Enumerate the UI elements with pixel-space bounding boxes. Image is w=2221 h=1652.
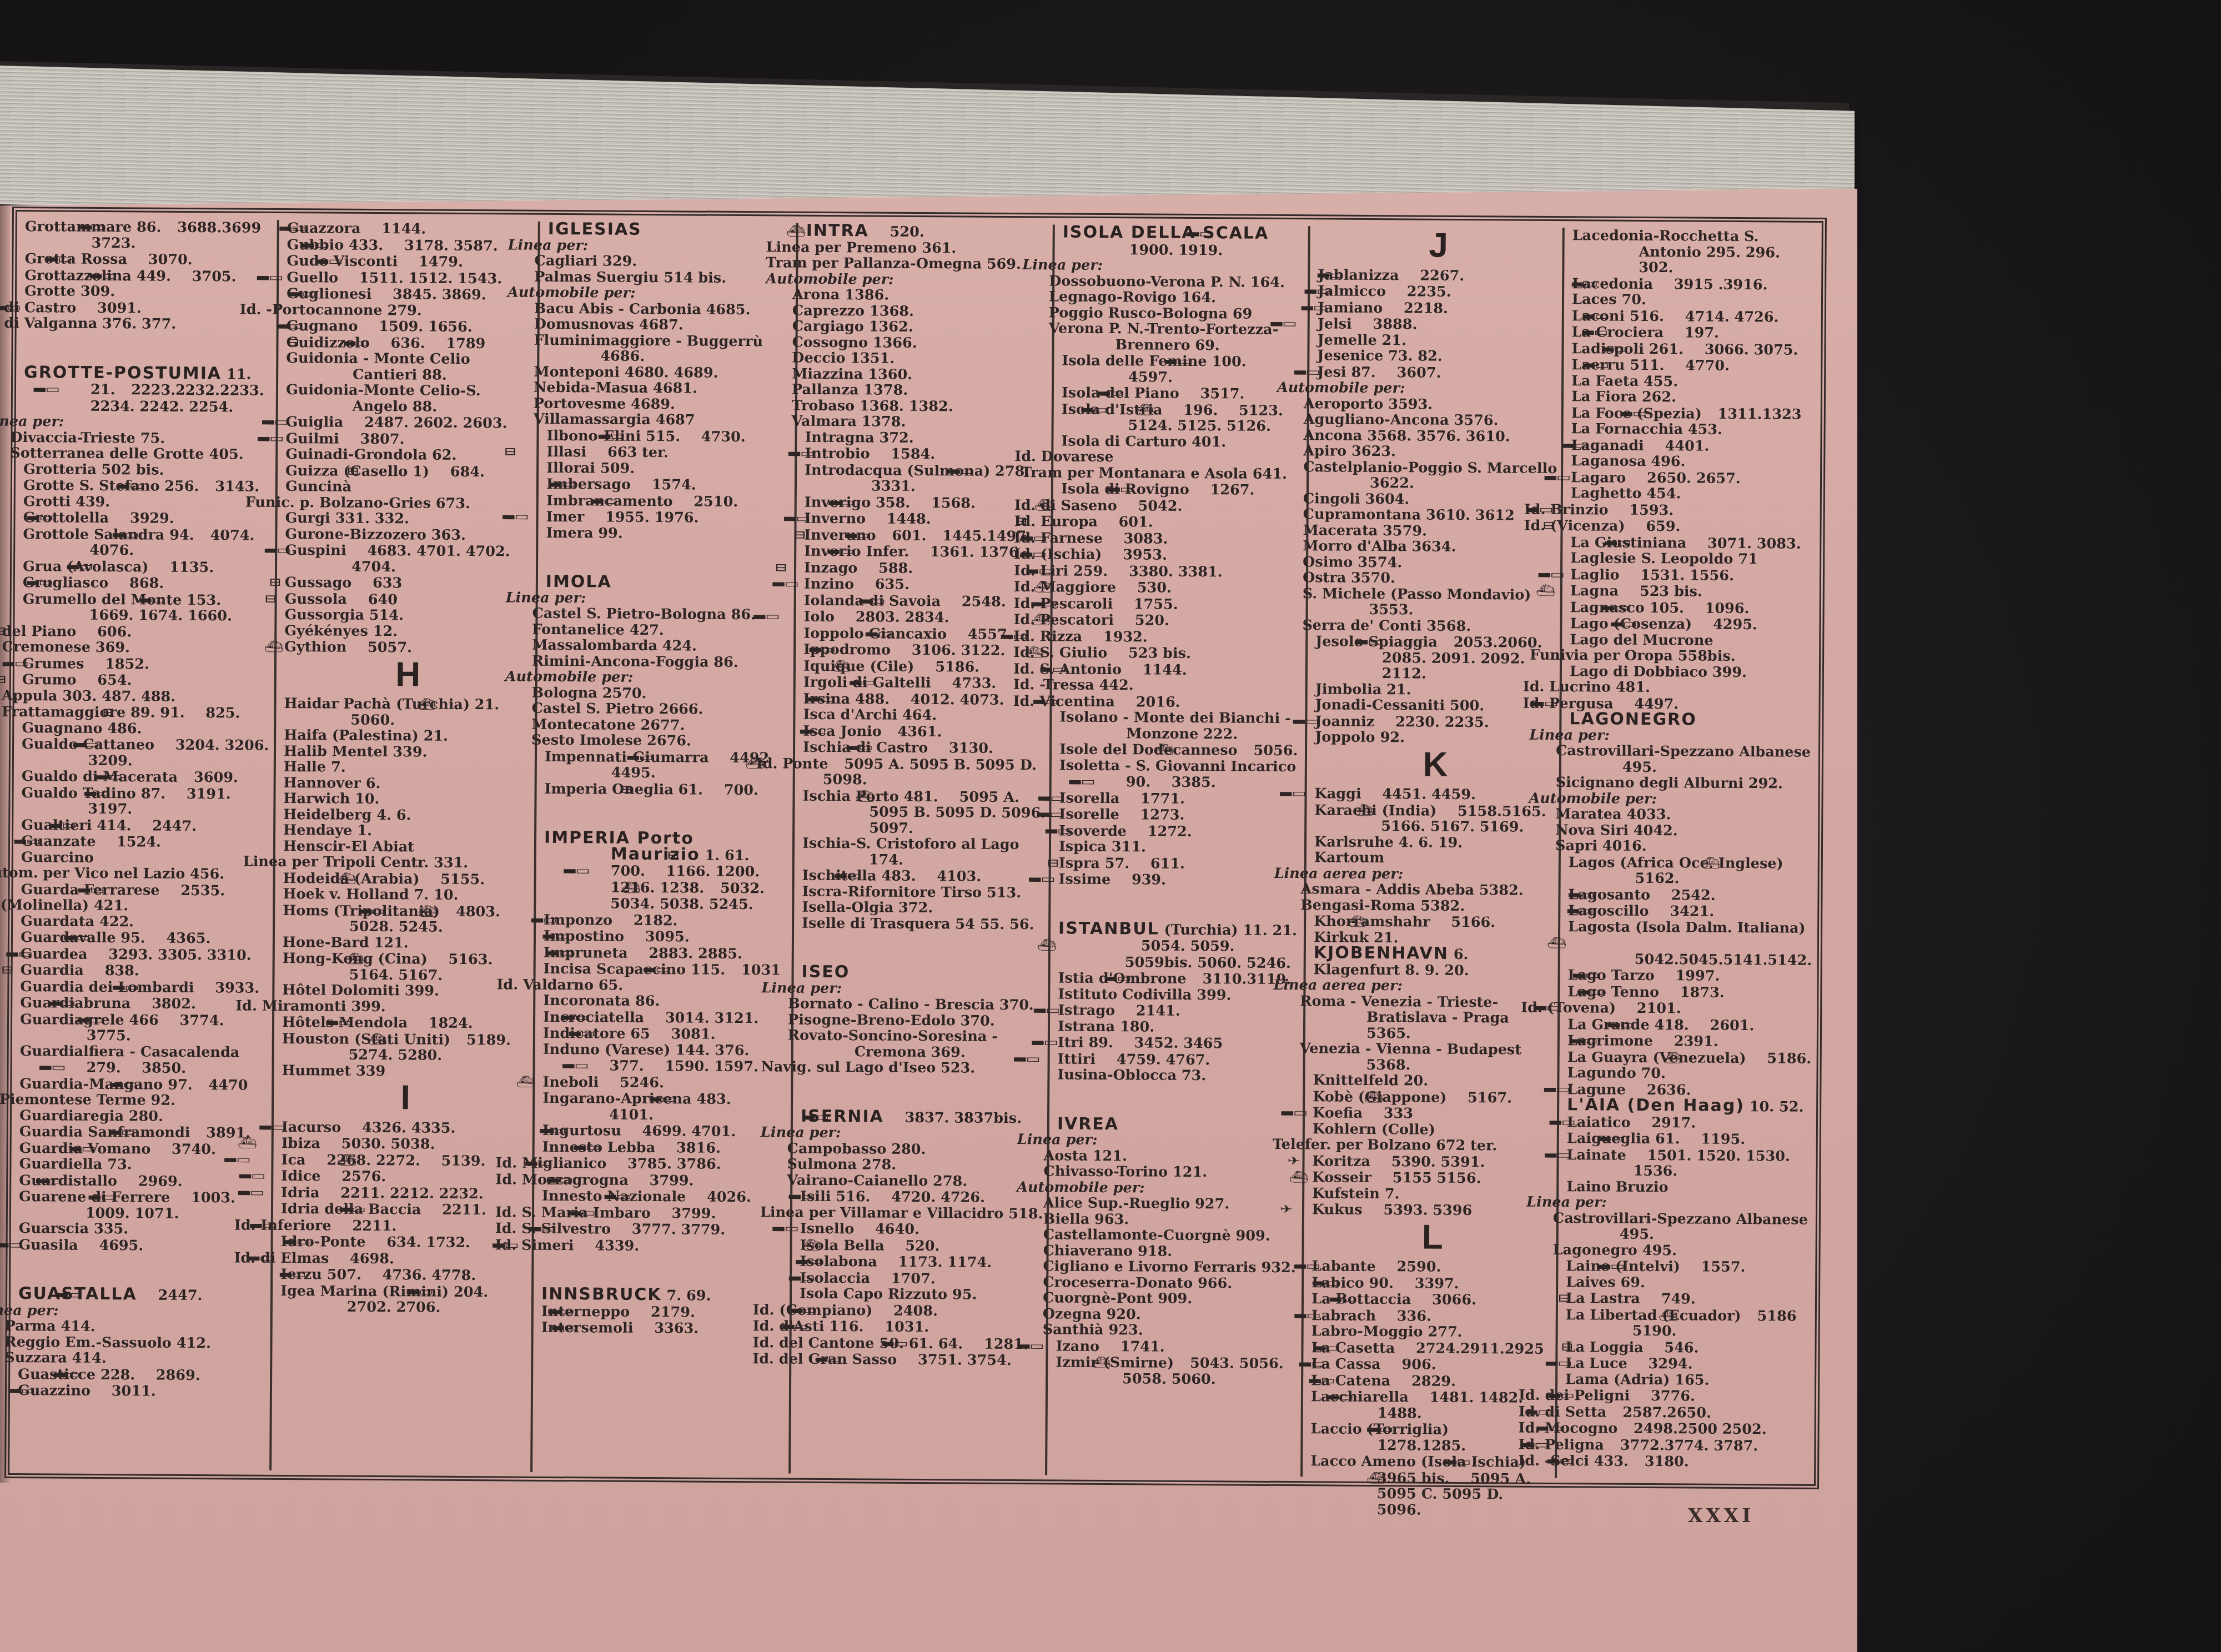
index-entry: Issime ▬▭ 939. bbox=[1059, 871, 1301, 889]
heading-refs: 6. bbox=[1449, 946, 1469, 963]
index-entry: Laigueglia 61. ▬▭ 1195. bbox=[1567, 1130, 1813, 1148]
index-entry: Chivasso-Torino 121. bbox=[1057, 1164, 1299, 1181]
index-entry: Serra de' Conti 3568. bbox=[1315, 617, 1556, 635]
index-entry: Heidelberg 4. 6. bbox=[283, 807, 531, 824]
index-entry: Osimo 3574. bbox=[1316, 554, 1557, 571]
index-entry: Id. Lucrino 481. bbox=[1570, 679, 1816, 696]
index-entry: Kartoum bbox=[1314, 850, 1555, 867]
index-entry: Hummet 339 bbox=[282, 1062, 529, 1079]
index-entry: Houston (Stati Uniti) ⛴5189. 5274. 5280. bbox=[282, 1030, 530, 1064]
index-entry: Id. Dovarese bbox=[1061, 449, 1303, 466]
index-entry: Halle 7. bbox=[284, 759, 531, 776]
index-entry: Guardia Sanframondi ▬▭3891. bbox=[19, 1123, 268, 1141]
index-entry: La Faeta 455. bbox=[1571, 373, 1817, 390]
index-entry: Impostino ▬▭ 3095. bbox=[544, 928, 788, 946]
index-entry: Hannover 6. bbox=[284, 775, 531, 792]
index-entry: Grotte S. Stefano 256. ▬▭3143. bbox=[23, 477, 272, 495]
index-entry: Kaggi ▬▭ 4451. 4459. bbox=[1314, 785, 1555, 803]
index-entry: Istrago ▬▭ 2141. bbox=[1058, 1002, 1300, 1020]
index-entry: Id. -Portocannone 279. bbox=[287, 302, 534, 319]
index-entry: Id. Simeri ▬▭ 4339. bbox=[542, 1237, 787, 1254]
index-entry: Sesto Imolese 2676. bbox=[545, 732, 790, 750]
index-entry: Introdacqua (Sulmona) 278. ▬▭ 3331. bbox=[805, 461, 1048, 495]
index-entry: Cargiago 1362. bbox=[806, 319, 1049, 336]
index-entry: Cingoli 3604. bbox=[1316, 491, 1557, 508]
index-entry: Id. Miglianico ▬▭ 3785. 3786. bbox=[542, 1155, 787, 1173]
index-entry: Istituto Codivilla 399. bbox=[1058, 986, 1300, 1003]
index-entry: Ineboli ⛴ 5246. bbox=[542, 1073, 787, 1091]
index-entry: Linea per: bbox=[1062, 258, 1304, 275]
index-entry: Inverigo 358. ▬▭ 1568. bbox=[805, 494, 1048, 511]
index-entry: Guasticce 228. ▬▭ 2869. bbox=[18, 1366, 267, 1384]
index-entry: Guspini ▬▭ 4683. 4701. 4702. 4704. bbox=[285, 542, 532, 576]
index-entry: Massalombarda 424. bbox=[545, 637, 790, 655]
index-entry: Linea per Tripoli Centr. 331. bbox=[283, 854, 531, 871]
index-entry: Labrach ▬▭ 336. bbox=[1312, 1307, 1552, 1325]
index-entry: Lagundo 70. bbox=[1567, 1065, 1813, 1082]
index-entry: Legnago-Rovigo 164. bbox=[1062, 289, 1304, 307]
index-entry: Palmas Suergiu 514 bis. bbox=[547, 269, 792, 286]
index-entry: Interneppo ▬▭ 2179. bbox=[541, 1303, 786, 1320]
heading-refs: ▬▭ 2447. bbox=[137, 1287, 203, 1304]
index-column-3: IGLESIASLinea per:Cagliari 329.Palmas Su… bbox=[530, 222, 796, 1474]
index-entry: Isola Capo Rizzuto 95. bbox=[800, 1286, 1043, 1303]
index-entry: Castrovillari-Spezzano Albanese 495. bbox=[1566, 1211, 1812, 1244]
index-entry: Gualdo di Macerata ▬▭3609. bbox=[22, 768, 270, 786]
index-entry: Automobile per: bbox=[545, 669, 790, 686]
index-entry: Isili 516. ▬▭ 4720. 4726. bbox=[800, 1188, 1043, 1206]
index-entry: Lago Tarzo ▬▭ 1997. bbox=[1568, 967, 1814, 985]
index-entry: Guardia ⊟ 838. bbox=[21, 962, 269, 980]
index-entry: Domusnovas 4687. bbox=[547, 317, 792, 334]
index-entry: La Grande 418. ▬▭ 2601. bbox=[1567, 1016, 1813, 1034]
index-entry: Id. di Setta ▬▭2587.2650. bbox=[1565, 1404, 1811, 1422]
index-entry: Gubbio 433. ▬▭ 3178. 3587. bbox=[287, 237, 535, 254]
index-entry: Sapri 4016. bbox=[1569, 838, 1815, 855]
index-entry: Id. Maggiore ⛴ 530. bbox=[1061, 579, 1303, 597]
index-entry: Karlsruhe 4. 6. 19. bbox=[1314, 834, 1555, 851]
index-entry: Induno (Varese) 144. 376. 377. ▬▭ 1590. … bbox=[542, 1041, 787, 1075]
index-entry: Id. S. Antonio ▬▭ 1144. bbox=[1060, 661, 1302, 679]
index-entry: Hôtels Mendola ▬▭ 1824. bbox=[282, 1014, 530, 1032]
index-entry: Linea per Villamar e Villacidro 518. bbox=[800, 1204, 1043, 1222]
index-entry: Fontanelice 427. bbox=[545, 621, 790, 639]
index-entry: Grumo ⊟ 654. bbox=[22, 671, 271, 689]
index-entry: Kukus ✈ 5393. 5396 bbox=[1312, 1201, 1553, 1219]
index-entry: Invorio Infer. ▬▭ 1361. 1376. bbox=[804, 543, 1047, 561]
alphabet-section-letter: H bbox=[284, 666, 532, 684]
index-heading: INTRA ⛴ 520. bbox=[806, 223, 1049, 241]
index-entry: Iquique (Cile) ⛴ 5186. bbox=[803, 657, 1047, 675]
index-entry: Guardiaregia 280. bbox=[19, 1108, 268, 1125]
index-entry: Laino (Intelvi) ▬▭ 1557. bbox=[1566, 1258, 1812, 1276]
index-entry: Id. Pescatori ⛴ 520. bbox=[1060, 612, 1302, 630]
index-entry: La Fiora 262. bbox=[1571, 389, 1817, 406]
index-entry: Imbersago ▬▭ 1574. bbox=[546, 476, 791, 494]
index-heading: KJOBENHAVN 6. bbox=[1314, 945, 1555, 963]
index-entry: Id. Rizza ▬▭ 1932. bbox=[1060, 628, 1302, 646]
index-entry: Guilmi ▬▭ 3807. bbox=[285, 430, 533, 448]
index-entry: Isola Bella ⛴ 520. bbox=[800, 1237, 1043, 1254]
section-spacer bbox=[541, 1253, 786, 1288]
index-entry: Istia d'Ombrone ▬▭3110.3119. bbox=[1058, 970, 1300, 988]
index-entry: Lagosanto ▬▭ 2542. bbox=[1568, 886, 1814, 904]
index-entry: Inzago ⊟ 588. bbox=[804, 559, 1047, 577]
index-entry: Kufstein 7. bbox=[1312, 1186, 1553, 1203]
index-entry: Jalmicco ▬▭ 2235. bbox=[1318, 283, 1559, 300]
index-entry: Lagaro ▬▭ 2650. 2657. bbox=[1571, 469, 1817, 487]
index-entry: Illorai 509. bbox=[546, 460, 791, 477]
alphabet-section-letter: I bbox=[282, 1089, 529, 1107]
index-entry: Id. Mocogno ▬▭2498.2500 2502. bbox=[1565, 1420, 1811, 1438]
index-entry: Guidonia - Monte Celio Cantieri 88. bbox=[286, 350, 534, 384]
index-entry: Labro-Moggio 277. bbox=[1312, 1323, 1552, 1340]
index-entry: Guarene di Ferrere ▬▭ 1003. 1009. 1071. bbox=[19, 1188, 268, 1222]
index-entry: Grottole Salandra 94. ▬▭4074. 4076. bbox=[23, 526, 272, 560]
index-heading: IMOLA bbox=[546, 574, 791, 591]
index-entry: Klagenfurt 8. 9. 20. bbox=[1314, 962, 1555, 979]
index-entry: Venezia - Vienna - Budapest 5368. bbox=[1313, 1041, 1554, 1074]
index-entry: Id. dei Peligni ▬▭ 3776. bbox=[1565, 1387, 1811, 1405]
index-entry: Guardea ▬▭ 3293. 3305. 3310. bbox=[21, 946, 269, 963]
index-entry: Linea per: bbox=[801, 980, 1044, 997]
index-entry: Guizza (Casello 1) ⊟ 684. bbox=[285, 463, 533, 480]
index-entry: Labico 90. ▬▭ 3397. bbox=[1312, 1274, 1552, 1292]
index-entry: Jonadi-Cessaniti 500. bbox=[1315, 697, 1556, 714]
index-entry: Gualtieri 414. ▬▭ 2447. bbox=[21, 817, 270, 835]
index-entry: Villamassargia 4687 bbox=[547, 411, 792, 429]
index-entry: Guardiagrele 466 ▬▭ 3774. 3775. bbox=[20, 1011, 269, 1045]
index-entry: Guazzino ▬▭ 3011. bbox=[18, 1382, 267, 1400]
heading-label: GROTTE-POSTUMIA bbox=[24, 363, 222, 383]
index-entry: Ibiza ⛴ 5030. 5038. bbox=[282, 1135, 529, 1153]
index-column-6: JJablanizza ▬▭ 2267.Jalmicco ▬▭ 2235.Jam… bbox=[1300, 226, 1562, 1478]
index-entry: Haifa (Palestina) 21. bbox=[284, 727, 531, 745]
index-entry: Labante ▬▭ 2590. bbox=[1312, 1258, 1552, 1276]
section-spacer bbox=[802, 931, 1045, 966]
index-entry: Imponzo ▬▭ 2182. bbox=[544, 911, 788, 929]
index-entry: Morro d'Alba 3634. bbox=[1316, 538, 1557, 555]
index-entry: Automobile per: bbox=[547, 285, 792, 302]
index-entry: Laerru 511. ▬▭ 4770. bbox=[1571, 356, 1817, 374]
heading-label: LAGONEGRO bbox=[1569, 709, 1697, 729]
index-entry: Bologna 2570. bbox=[545, 685, 790, 702]
index-entry: Verona P. N.-Trento-Fortezza-Brennero 69… bbox=[1062, 321, 1304, 354]
index-entry: Id. (Ischia) ▬▭ 3953. bbox=[1061, 546, 1303, 564]
index-entry: Ierzu 507. ▬▭ 4736. 4778. bbox=[280, 1266, 528, 1284]
index-entry: Telefer. per Bolzano 672 ter. bbox=[1313, 1137, 1554, 1154]
index-entry: Idria ▬▭ 2211. 2212. 2232. bbox=[281, 1184, 529, 1202]
index-heading: GUASTALLA ▬▭ 2447. bbox=[18, 1286, 267, 1304]
index-entry: Id. d'Asti 116. ▬▭ 1031. bbox=[800, 1318, 1043, 1336]
index-entry: Id. Brinzio ▬▭ 1593. bbox=[1571, 501, 1817, 519]
index-entry: Iscra-Rifornitore Tirso 513. bbox=[802, 883, 1045, 901]
index-entry: Valmara 1378. bbox=[805, 414, 1048, 431]
index-entry: Santhià 923. bbox=[1056, 1322, 1298, 1339]
index-entry: La Lastra ⊟ 749. bbox=[1566, 1290, 1812, 1308]
index-entry: Intersemoli ▬▭ 3363. bbox=[541, 1319, 786, 1337]
index-heading: L'AIA (Den Haag) 10. 52. bbox=[1567, 1097, 1813, 1115]
index-entry: Lagosta (Isola Dalm. Italiana) ⛴ 5042.50… bbox=[1568, 919, 1815, 968]
index-entry: Knittelfeld 20. bbox=[1313, 1072, 1554, 1089]
index-entry: Monteponi 4680. 4689. bbox=[547, 364, 792, 381]
index-entry: Autom. per Vico nel Lazio 456. bbox=[21, 865, 270, 882]
index-entry: Guiglia ▬▭ 2487. 2602. 2603. bbox=[286, 414, 534, 431]
index-entry: Ippodromo ▬▭ 3106. 3122. bbox=[803, 641, 1047, 659]
index-entry: Sotterranea delle Grotte 405. bbox=[23, 445, 272, 463]
index-column-2: Guazzora ▬▭ 1144.Gubbio 433. ▬▭ 3178. 35… bbox=[269, 220, 538, 1472]
index-entry: Guasila ▬▭ 4695. bbox=[18, 1237, 267, 1254]
index-entry: Dossobuono-Verona P. N. 164. bbox=[1062, 273, 1304, 290]
index-entry: Vairano-Caianello 278. bbox=[800, 1172, 1043, 1189]
page-number: XXXI bbox=[1688, 1505, 1754, 1527]
alphabet-section-letter: L bbox=[1312, 1229, 1553, 1246]
index-entry: Guardata 422. bbox=[21, 913, 269, 931]
index-entry: Introbio ▬▭ 1584. bbox=[805, 445, 1048, 463]
index-entry: Laglio ▬▭ 1531. 1556. bbox=[1570, 566, 1816, 584]
index-entry: Ilbono-Elini 515. ▬▭ 4730. bbox=[546, 427, 791, 445]
index-entry: Grottazzolina 449. ▬▭ 3705. bbox=[24, 267, 273, 285]
index-entry: Linea per: bbox=[1569, 727, 1815, 745]
index-entry: Guardialfiera - Casacalenda 279. ▬▭ 3850… bbox=[19, 1043, 268, 1077]
index-entry: Jesolo Spiaggia ▬▭2053.2060. 2085. 2091.… bbox=[1315, 633, 1557, 682]
index-entry: Reggio Em.-Sassuolo 412. bbox=[18, 1334, 267, 1352]
index-entry: Cuorgnè-Pont 909. bbox=[1056, 1291, 1298, 1308]
index-entry: Ittiri ▬▭ 4759. 4767. bbox=[1058, 1051, 1300, 1068]
index-entry: La Fornacchia 453. bbox=[1571, 421, 1817, 438]
index-entry: Lagoscillo ▬▭ 3421. bbox=[1568, 902, 1814, 920]
section-spacer bbox=[544, 797, 789, 832]
index-entry: Iolanda di Savoia ▬▭ 2548. bbox=[804, 592, 1047, 610]
index-entry: Cagliari 329. bbox=[547, 253, 792, 270]
index-entry: Biella 963. bbox=[1057, 1211, 1299, 1228]
heading-label: L'AIA (Den Haag) bbox=[1567, 1095, 1745, 1116]
index-entry: La Cassa ▬▭ 906. bbox=[1311, 1355, 1552, 1373]
index-entry: Rovato-Soncino-Soresina -Cremona 369. bbox=[801, 1028, 1044, 1061]
index-entry: Isorelle ▬▭ 1273. bbox=[1059, 806, 1301, 824]
index-entry: Linea per: bbox=[546, 590, 791, 607]
index-entry: Isorella ▬▭ 1771. bbox=[1059, 790, 1301, 807]
index-entry: Automobile per: bbox=[1317, 380, 1558, 397]
index-entry: Id. -Selci 433. ▬▭3180. bbox=[1565, 1453, 1811, 1470]
heading-refs: ⛴ 520. bbox=[869, 223, 924, 240]
index-entry: Isnello ▬▭ 4640. bbox=[800, 1221, 1043, 1238]
section-spacer bbox=[1057, 1083, 1299, 1118]
index-entry: Hong-Kong (Cina) ⛴ 5163. 5164. 5167. bbox=[282, 950, 530, 984]
index-entry: Inzino ▬▭ 635. bbox=[804, 576, 1047, 594]
index-entry: Isole del Dodecanneso ⛴5056. bbox=[1059, 741, 1302, 759]
index-entry: Pisogne-Breno-Edolo 370. bbox=[801, 1012, 1044, 1029]
index-entry: Id. Mozzagrogna ▬▭ 3799. bbox=[542, 1171, 787, 1189]
index-entry: Impruneta ▬▭ 2883. 2885. bbox=[544, 944, 788, 962]
index-heading: ISERNIA ▬▭ 3837. 3837bis. bbox=[801, 1108, 1044, 1126]
index-entry: Guagnano 486. bbox=[22, 720, 270, 737]
index-column-7: Lacedonia-Rocchetta S. Antonio 295. 296.… bbox=[1555, 228, 1822, 1480]
index-entry: Lagnasco 105. ▬▭ 1096. bbox=[1570, 599, 1816, 617]
index-entry: Halib Mentel 339. bbox=[284, 744, 531, 761]
index-entry: Guidonia-Monte Celio-S. Angelo 88. bbox=[286, 382, 534, 415]
index-entry: Navig. sul Lago d'Iseo 523. bbox=[801, 1060, 1044, 1077]
index-entry: Ancona 3568. 3576. 3610. bbox=[1316, 428, 1557, 445]
index-entry: Id. Cremonese 369. bbox=[22, 639, 271, 656]
index-entry: Linea per: bbox=[24, 414, 273, 431]
index-entry: Grotte 309. bbox=[24, 283, 273, 300]
index-entry: La Libertad (Ecuador) ⛴5186 5190. bbox=[1566, 1307, 1812, 1340]
index-entry: Linea aerea per: bbox=[1313, 977, 1554, 995]
index-entry: Kohlern (Colle) bbox=[1313, 1121, 1554, 1138]
section-spacer bbox=[801, 1075, 1044, 1110]
index-entry: Lainate ▬▭ 1501. 1520. 1530. 1536. bbox=[1566, 1147, 1812, 1181]
index-entry: Lacedonia-Rocchetta S. Antonio 295. 296.… bbox=[1572, 228, 1818, 277]
alphabet-section-letter: J bbox=[1318, 237, 1559, 254]
index-entry: Koefia ▬▭ 333 bbox=[1313, 1104, 1554, 1122]
index-entry: Laives 69. bbox=[1566, 1274, 1812, 1292]
index-entry: Jelsi ▬▭ 3888. bbox=[1318, 315, 1559, 333]
index-entry: Innesto Nazionale ▬▭ 4026. bbox=[542, 1188, 787, 1206]
index-entry: Idice ▬▭ 2576. bbox=[281, 1168, 529, 1186]
index-entry: Cupramontana 3610. 3612 bbox=[1316, 506, 1557, 524]
index-entry: Laino Bruzio bbox=[1566, 1179, 1812, 1196]
index-entry: Gyékényes 12. bbox=[284, 623, 532, 640]
index-entry: Gualdo Cattaneo ▬▭ 3204. 3206. 3209. bbox=[22, 736, 270, 770]
index-entry: Hendaye 1. bbox=[283, 822, 531, 840]
heading-label: ISOLA DELLA SCALA bbox=[1063, 223, 1269, 243]
index-entry: Gussola ⊟ 640 bbox=[285, 591, 532, 609]
index-entry: Laces 70. bbox=[1572, 292, 1818, 309]
index-entry: Automobile per: bbox=[1057, 1179, 1299, 1197]
index-entry: Id. del Cantone 50. 61. 64. ▬▭ 1281. bbox=[799, 1334, 1042, 1352]
index-entry: Id. Europa ⊟ 601. bbox=[1061, 514, 1303, 531]
index-entry: Id. Piemontese Terme 92. bbox=[19, 1092, 268, 1109]
index-entry: La Foce (Spezia) ▬▭1311.1323 bbox=[1571, 405, 1817, 423]
index-entry: Lago di Dobbiaco 399. bbox=[1570, 664, 1816, 681]
index-entry: Ischitella 483. ▬▭ 4103. bbox=[802, 867, 1046, 885]
index-entry: Asmara - Addis Abeba 5382. bbox=[1314, 881, 1555, 898]
index-entry: Linea per: bbox=[18, 1303, 267, 1320]
index-entry: Isca Jonio ▬▭4361. bbox=[803, 722, 1046, 740]
index-entry: Poggio Rusco-Bologna 69 bbox=[1062, 305, 1304, 322]
index-entry: Nebida-Masua 4681. bbox=[547, 380, 792, 397]
index-entry: Automobile per: bbox=[806, 271, 1049, 288]
index-entry: Grumes ▬▭ 1852. bbox=[22, 655, 271, 673]
index-entry: Laganadi ▬▭ 4401. bbox=[1571, 437, 1817, 455]
index-entry: Guarcino bbox=[21, 850, 270, 867]
index-entry: Guidizzolo ⊟ 636. ▬▭ 1789 bbox=[286, 334, 534, 352]
index-entry: Guazzora ▬▭ 1144. bbox=[287, 220, 535, 238]
index-entry: Incisa Scapaccino 115. ▬▭1031 bbox=[544, 961, 788, 978]
index-entry: Inverno ▬▭ 1448. bbox=[805, 510, 1048, 528]
index-entry: Agugliano-Ancona 3576. bbox=[1317, 411, 1558, 429]
index-entry: Jesi 87. ▬▭ 3607. bbox=[1317, 364, 1558, 381]
index-entry: Ingurtosu ▬▭ 4699. 4701. bbox=[542, 1122, 787, 1140]
section-spacer bbox=[546, 541, 791, 576]
index-entry: Campobasso 280. bbox=[801, 1141, 1044, 1158]
heading-label: INNSBRUCK bbox=[541, 1284, 662, 1304]
index-entry: Portovesme 4689. bbox=[547, 395, 792, 413]
index-entry: Nova Siri 4042. bbox=[1569, 822, 1815, 840]
index-entry: Isola del Piano ▬▭ 3517. bbox=[1062, 385, 1304, 403]
index-entry: Guinadi-Grondola 62. bbox=[285, 446, 533, 464]
index-entry: Fluminimaggiore - Buggerrù 4686. bbox=[547, 332, 792, 365]
index-entry: Irgoli di Galtelli ▬▭ 4733. bbox=[803, 674, 1047, 692]
index-entry: Linea per: bbox=[1566, 1194, 1812, 1212]
index-entry: Trobaso 1368. 1382. bbox=[805, 398, 1048, 415]
section-spacer bbox=[1058, 887, 1300, 922]
index-entry: Lacchiarella ▬▭ 1481. 1482. 1488. bbox=[1311, 1388, 1552, 1422]
index-entry: Innesto Lebba ▬▭ 3816. bbox=[542, 1138, 787, 1156]
index-entry: Grugliasco ▬▭ 868. bbox=[23, 574, 272, 592]
index-heading: GROTTE-POSTUMIA 11. 21. ▬▭2223.2232.2233… bbox=[24, 365, 273, 415]
index-entry: Linea aerea per: bbox=[1314, 866, 1555, 883]
index-entry: Idria della Baccia ▬▭ 2211. bbox=[281, 1201, 529, 1218]
index-entry: Guello ▬▭ 1511. 1512. 1543. bbox=[287, 269, 534, 287]
index-entry: La Catena ▬▭ 2829. bbox=[1311, 1372, 1552, 1390]
index-entry: Grotta Rossa ▬▭ 3070. bbox=[24, 250, 273, 268]
index-entry: Isola delle Femine 100. ▬▭ 4597. bbox=[1062, 353, 1304, 386]
index-entry: Lagrimone ▬▭ 2391. bbox=[1567, 1032, 1813, 1050]
index-entry: Gugnano ▬▭ 1509. 1656. bbox=[287, 318, 534, 335]
index-entry: Id. (Compiano) ▬▭ 2408. bbox=[800, 1302, 1043, 1319]
index-entry: Roma - Venezia - Trieste-Bratislava - Pr… bbox=[1313, 993, 1555, 1042]
index-entry: Karachi (India) ⛴ 5158.5165. 5166. 5167.… bbox=[1314, 802, 1555, 836]
index-entry: La Luce ▬▭ 3294. bbox=[1565, 1355, 1811, 1373]
index-entry: Grottolella ▬▭ 3929. bbox=[23, 509, 272, 527]
index-entry: Id. (Tovena) ▬▭ 2101. bbox=[1567, 1000, 1813, 1017]
heading-label: INTRA bbox=[806, 221, 869, 241]
index-entry: La Bottaccia ▬▭ 3066. bbox=[1312, 1291, 1552, 1308]
index-entry: Linea per: bbox=[548, 237, 793, 254]
index-entry: Pallanza 1378. bbox=[805, 382, 1048, 399]
index-entry: Izano ▬▭ 1741. bbox=[1056, 1338, 1298, 1355]
index-heading: IVREA bbox=[1057, 1116, 1299, 1133]
section-spacer bbox=[18, 1253, 267, 1288]
index-heading: LAGONEGRO bbox=[1569, 711, 1815, 729]
index-entry: Imperia Oneglia 61. ⊟ 700. bbox=[545, 780, 790, 798]
index-entry: Id. Vicentina ▬▭ 2016. bbox=[1060, 693, 1302, 711]
index-entry: Lama (Adria) 165. bbox=[1565, 1372, 1811, 1389]
heading-label: IVREA bbox=[1057, 1114, 1119, 1134]
index-heading: ISEO bbox=[802, 965, 1045, 982]
index-entry: Castelplanio-Poggio S. Marcello 3622. bbox=[1316, 459, 1557, 493]
index-entry: Irsina 488. ▬▭ 4012. 4073. bbox=[803, 690, 1047, 708]
index-entry: Guardavalle 95. ▬▭ 4365. bbox=[21, 929, 269, 947]
index-entry: Aeroporto 3593. bbox=[1317, 396, 1558, 413]
index-entry: Ladispoli 261. ▬▭ 3066. 3075. bbox=[1571, 340, 1817, 358]
index-entry: Miazzina 1360. bbox=[805, 366, 1048, 383]
index-entry: Bacu Abis - Carbonia 4685. bbox=[547, 300, 792, 318]
index-entry: Imera 99. bbox=[546, 525, 791, 542]
index-entry: Guglionesi ▬▭ 3845. 3869. bbox=[287, 285, 534, 303]
heading-refs: 7. 69. bbox=[662, 1287, 711, 1304]
index-entry: Illasi ⊟ 663 ter. bbox=[546, 444, 791, 461]
index-entry: La Crociera ▬▭ 197. bbox=[1572, 324, 1818, 342]
index-entry: Incoronata 86. bbox=[543, 993, 788, 1010]
index-entry: Id. Ponte ⛴5095 A. 5095 B. 5095 D. 5098. bbox=[803, 755, 1046, 789]
heading-label: ISEO bbox=[802, 962, 850, 982]
index-entry: Ischia di Castro ▬▭ 3130. bbox=[803, 739, 1046, 757]
index-entry: Id. Inferiore ▬▭ 2211. bbox=[281, 1217, 529, 1234]
index-entry: Lagna ⛴ 523 bis. bbox=[1570, 583, 1816, 600]
index-entry: Isolano - Monte dei Bianchi - Monzone 22… bbox=[1059, 710, 1302, 743]
index-entry: Homs (Tripolitania) ▬▭4803. ⛴ 5028. 5245… bbox=[283, 902, 530, 936]
index-entry: Isola di Carturo 401. bbox=[1061, 433, 1303, 450]
index-entry: Ingarano-Apricena 483. ▬▭ 4101. bbox=[542, 1090, 787, 1124]
index-entry: Id. Miramonti 399. bbox=[282, 998, 530, 1015]
index-entry: Isolabona ▬▭ 1173. 1174. bbox=[800, 1253, 1043, 1271]
index-entry: Tram per Montanara e Asola 641. bbox=[1061, 465, 1303, 482]
index-entry: Automobile per: bbox=[1569, 791, 1815, 808]
heading-refs: 10. 52. bbox=[1745, 1098, 1804, 1116]
